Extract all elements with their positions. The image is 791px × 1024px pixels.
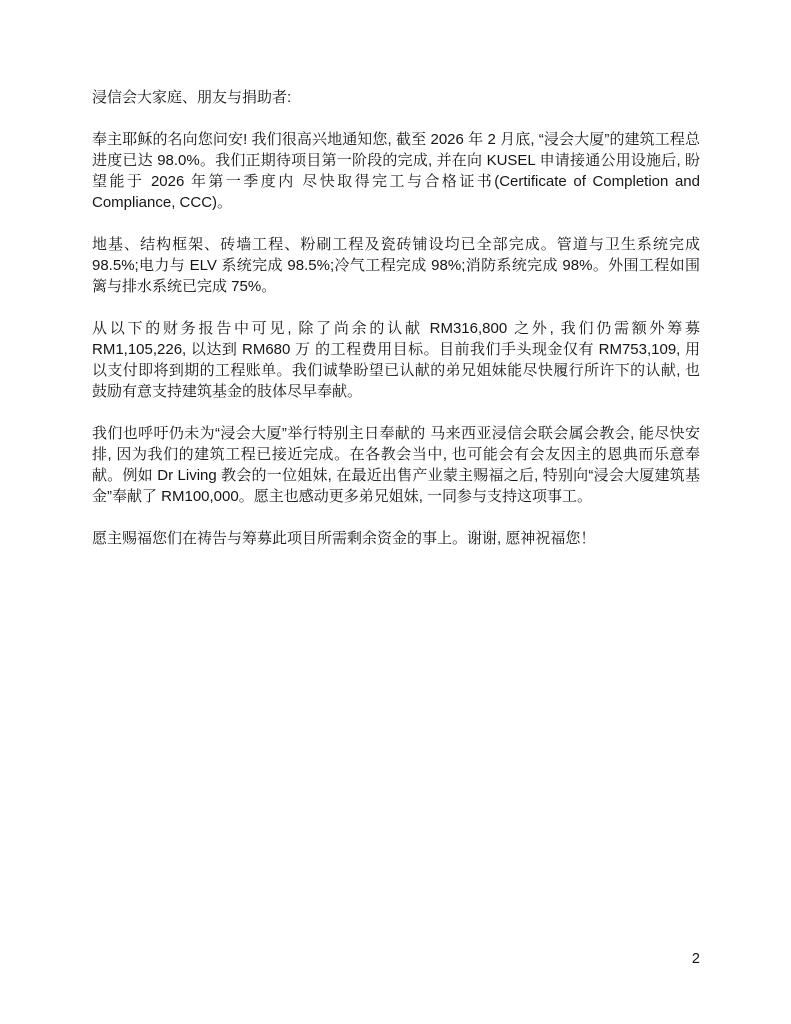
paragraph-financial-status: 从以下的财务报告中可见, 除了尚余的认献 RM316,800 之外, 我们仍需额… (92, 318, 700, 402)
paragraph-appeal-to-churches: 我们也呼吁仍未为“浸会大厦”举行特别主日奉献的 马来西亚浸信会联会属会教会, 能… (92, 423, 700, 507)
salutation: 浸信会大家庭、朋友与捐助者: (92, 87, 700, 108)
document-page: 浸信会大家庭、朋友与捐助者: 奉主耶稣的名向您问安! 我们很高兴地通知您, 截至… (0, 0, 791, 1024)
letter-body: 浸信会大家庭、朋友与捐助者: 奉主耶稣的名向您问安! 我们很高兴地通知您, 截至… (92, 87, 700, 570)
page-number: 2 (692, 951, 700, 967)
paragraph-closing-blessing: 愿主赐福您们在祷告与筹募此项目所需剩余资金的事上。谢谢, 愿神祝福您！ (92, 528, 700, 549)
page-footer: 2 (92, 950, 700, 968)
paragraph-progress-overview: 奉主耶稣的名向您问安! 我们很高兴地通知您, 截至 2026 年 2 月底, “… (92, 129, 700, 213)
paragraph-works-completion: 地基、结构框架、砖墙工程、粉刷工程及瓷砖铺设均已全部完成。管道与卫生系统完成 9… (92, 234, 700, 297)
